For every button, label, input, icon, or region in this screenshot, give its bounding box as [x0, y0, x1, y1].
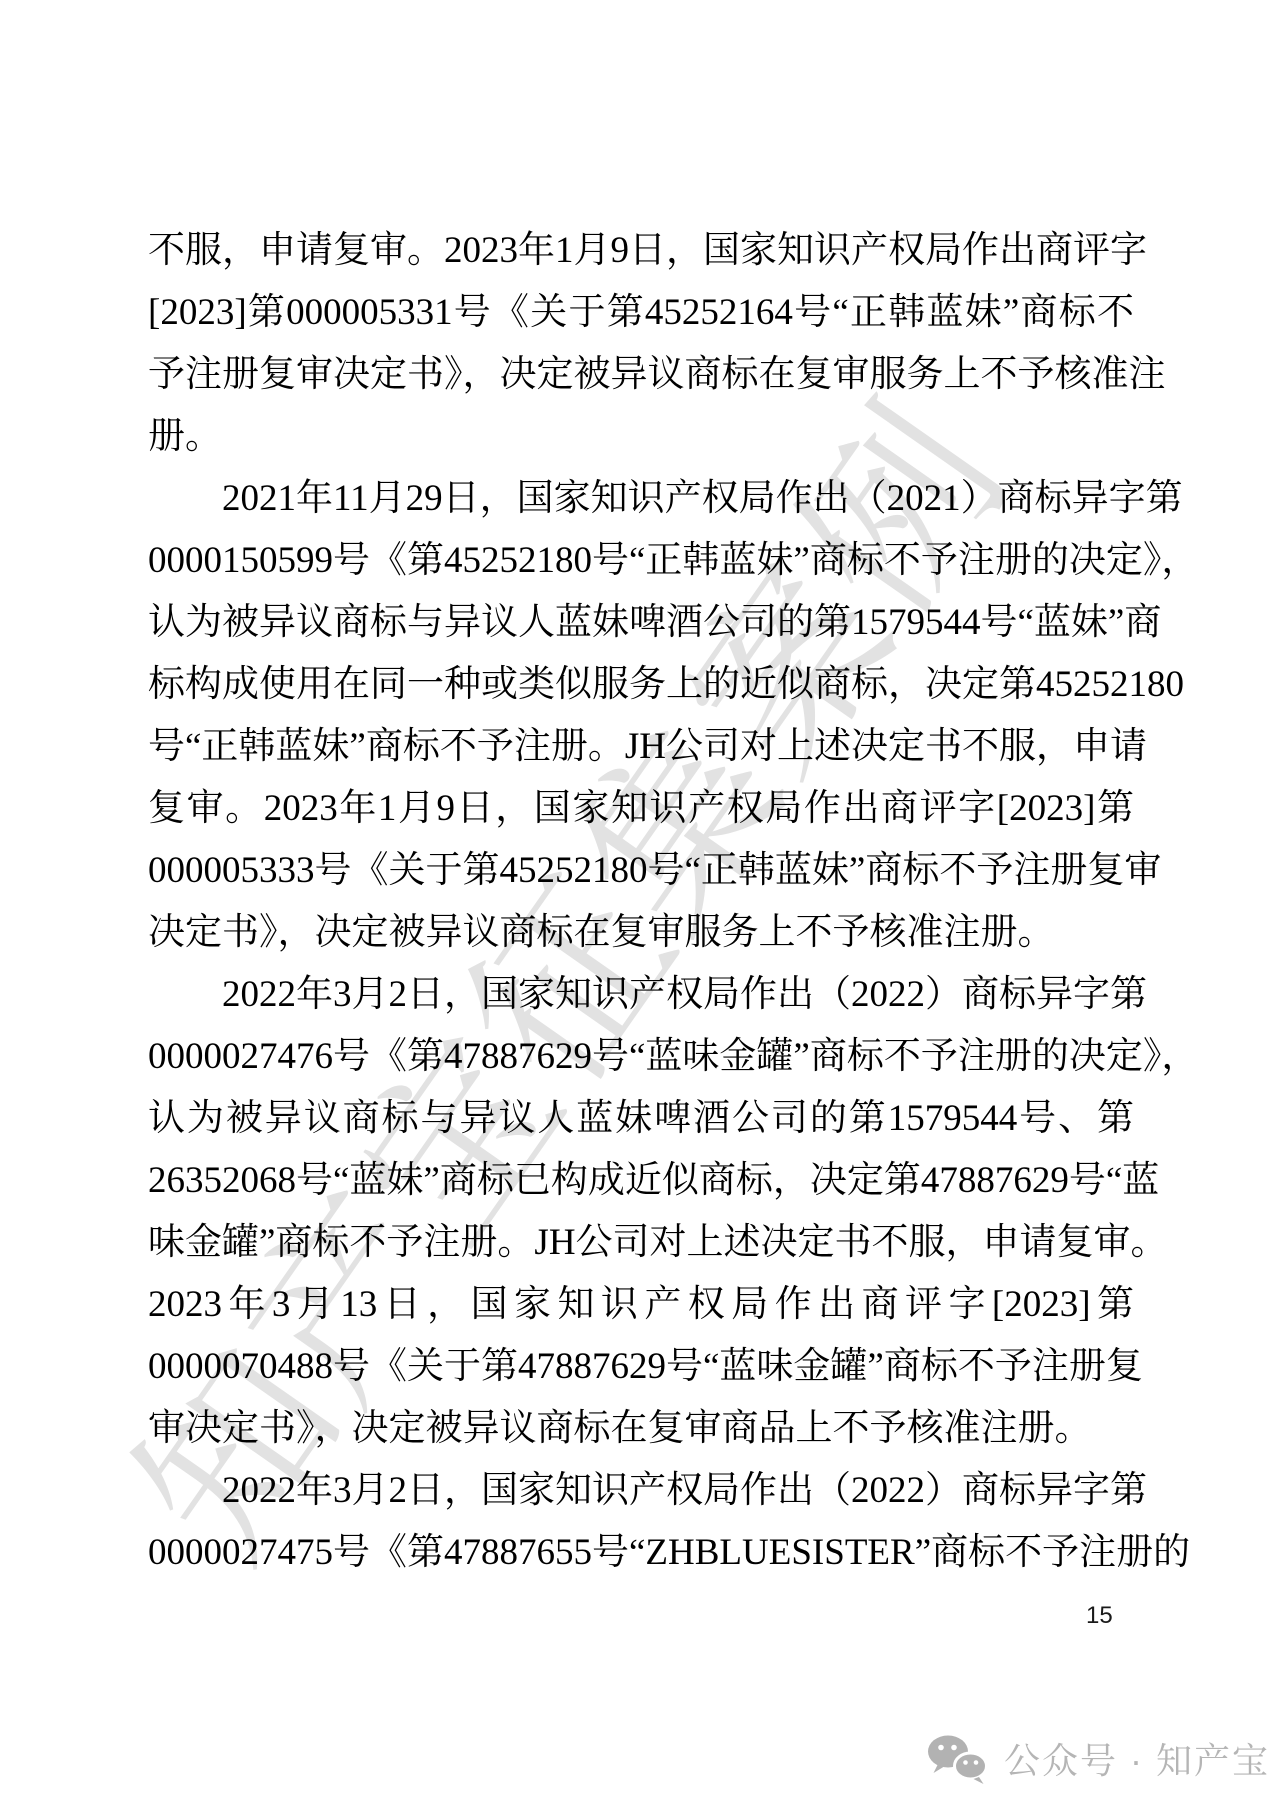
page-number: 15 [1086, 1602, 1113, 1630]
text-line: 0000027475号《第47887655号“ZHBLUESISTER”商标不予… [148, 1522, 1134, 1584]
text-line: 0000027476号《第47887629号“蓝味金罐”商标不予注册的决定》， [148, 1026, 1134, 1088]
text-line: 标构成使用在同一种或类似服务上的近似商标，决定第45252180 [148, 654, 1134, 716]
text-line: 0000150599号《第45252180号“正韩蓝妹”商标不予注册的决定》， [148, 530, 1134, 592]
text-line: 0000070488号《关于第47887629号“蓝味金罐”商标不予注册复 [148, 1336, 1134, 1398]
text-line: 26352068号“蓝妹”商标已构成近似商标，决定第47887629号“蓝 [148, 1150, 1134, 1212]
text-line: 2022年3月2日，国家知识产权局作出（2022）商标异字第 [148, 964, 1134, 1026]
text-line: 予注册复审决定书》，决定被异议商标在复审服务上不予核准注 [148, 344, 1134, 406]
text-line: 决定书》，决定被异议商标在复审服务上不予核准注册。 [148, 902, 1134, 964]
text-line: 不服，申请复审。2023年1月9日，国家知识产权局作出商评字 [148, 220, 1134, 282]
footer-brand: 公众号 · 知产宝 [926, 1733, 1270, 1784]
text-line: [2023]第000005331号《关于第45252164号“正韩蓝妹”商标不 [148, 282, 1134, 344]
document-body: 不服，申请复审。2023年1月9日，国家知识产权局作出商评字 [2023]第00… [148, 220, 1134, 1584]
text-line: 2022年3月2日，国家知识产权局作出（2022）商标异字第 [148, 1460, 1134, 1522]
text-line: 2021年11月29日，国家知识产权局作出（2021）商标异字第 [148, 468, 1134, 530]
text-line: 味金罐”商标不予注册。JH公司对上述决定书不服，申请复审。 [148, 1212, 1134, 1274]
footer-label: 公众号 · 知产宝 [1004, 1733, 1270, 1784]
text-line: 000005333号《关于第45252180号“正韩蓝妹”商标不予注册复审 [148, 840, 1134, 902]
text-line: 认为被异议商标与异议人蓝妹啤酒公司的第1579544号“蓝妹”商 [148, 592, 1134, 654]
text-line: 册。 [148, 406, 1134, 468]
text-line: 审决定书》，决定被异议商标在复审商品上不予核准注册。 [148, 1398, 1134, 1460]
document-page: 知产宝征集案例 不服，申请复审。2023年1月9日，国家知识产权局作出商评字 [… [0, 0, 1280, 1810]
text-line: 2023年3月13日，国家知识产权局作出商评字[2023]第 [148, 1274, 1134, 1336]
wechat-icon [926, 1734, 990, 1784]
text-line: 号“正韩蓝妹”商标不予注册。JH公司对上述决定书不服，申请 [148, 716, 1134, 778]
text-line: 认为被异议商标与异议人蓝妹啤酒公司的第1579544号、第 [148, 1088, 1134, 1150]
text-line: 复审。2023年1月9日，国家知识产权局作出商评字[2023]第 [148, 778, 1134, 840]
